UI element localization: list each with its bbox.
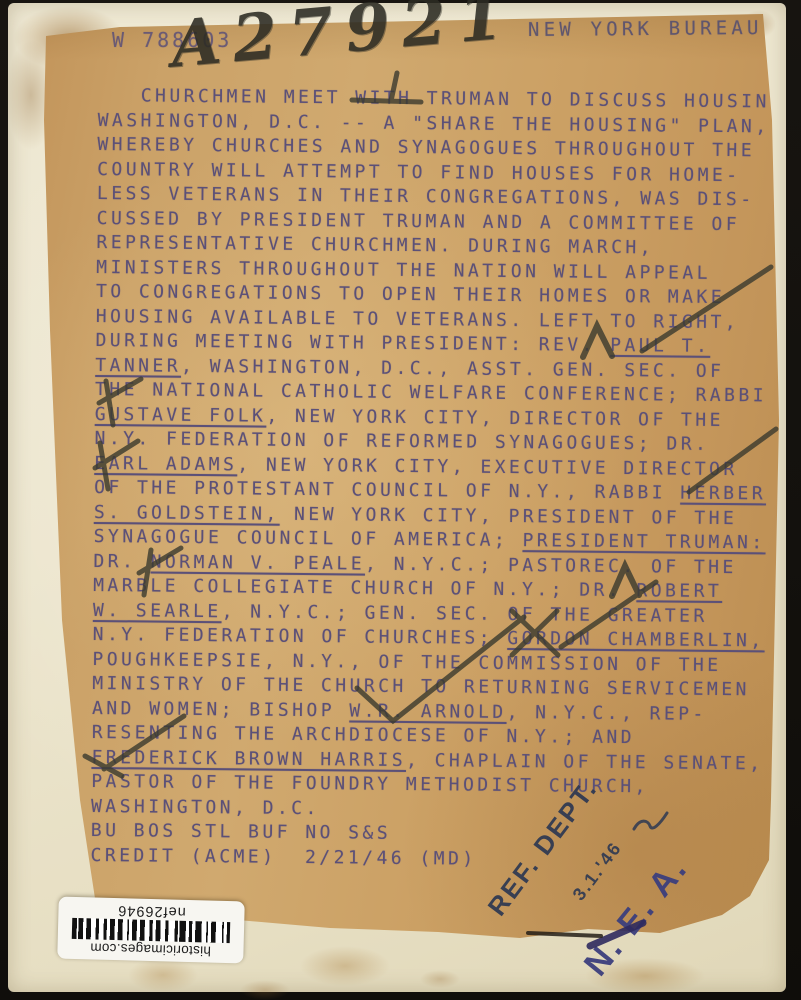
- caption-text: CHURCHMEN MEET WITH TRUMAN TO DISCUSS HO…: [90, 84, 769, 874]
- sticker-site-label: historicimages.com: [65, 940, 235, 959]
- barcode-icon: [72, 918, 230, 943]
- bureau-label: NEW YORK BUREAU: [528, 17, 763, 41]
- scanned-press-photo-back: { "photo": { "header": { "negative_numbe…: [0, 0, 801, 1000]
- barcode-sticker: historicimages.com nef26946: [57, 897, 245, 964]
